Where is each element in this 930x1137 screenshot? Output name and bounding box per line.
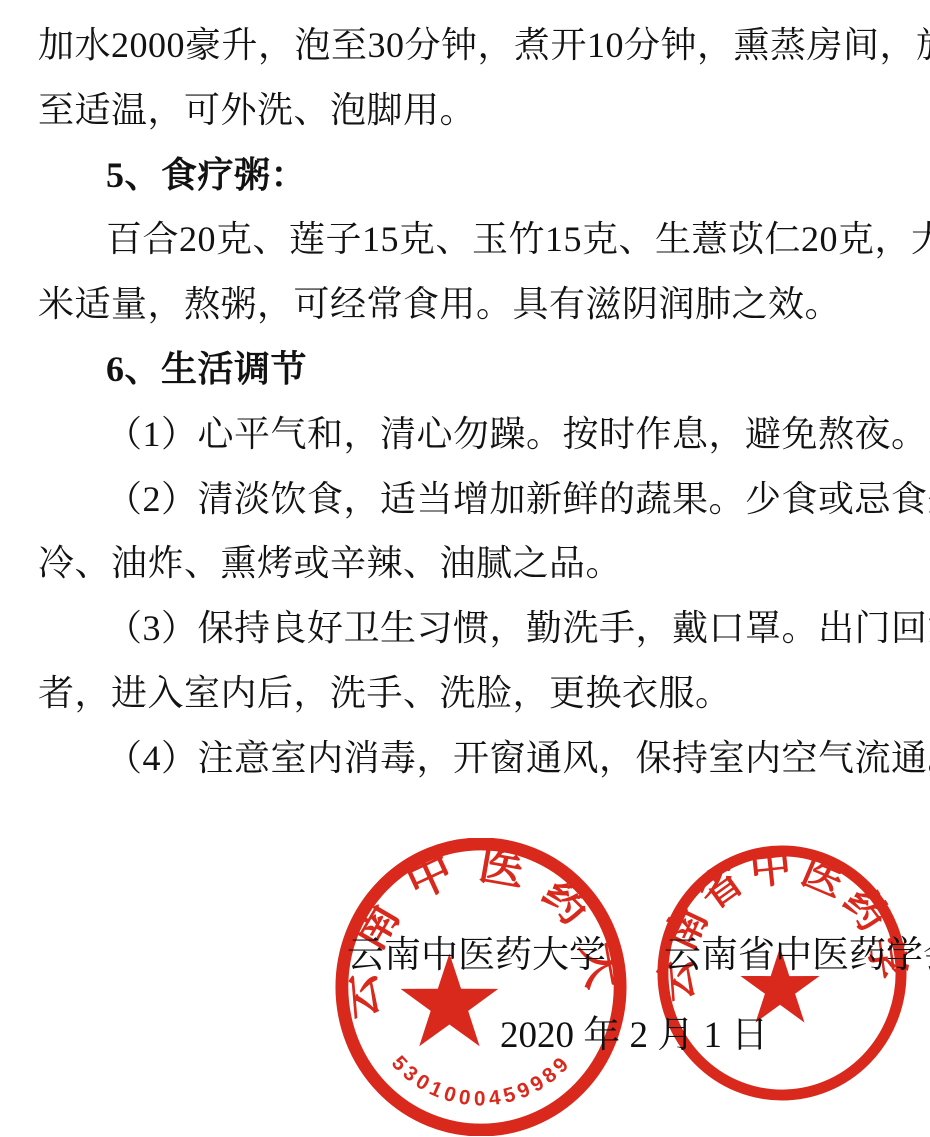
signature-org-university: 云南中医药大学 — [347, 935, 606, 976]
text-line: 者，进入室内后，洗手、洗脸，更换衣服。 — [38, 661, 913, 726]
stamp-university-seal: 云南中医药大学 5301000459989 — [333, 838, 629, 1136]
text-line: 加水2000豪升，泡至30分钟，煮开10分钟，熏蒸房间，放 — [38, 13, 913, 78]
signature-date: 2020 年 2 月 1 日 — [500, 1013, 768, 1059]
section-heading-5: 5、食疗粥： — [38, 143, 913, 208]
list-item-1: （1）心平气和，清心勿躁。按时作息，避免熬夜。 — [38, 402, 913, 467]
text-line: 至适温，可外洗、泡脚用。 — [38, 78, 913, 143]
signature-org-association: 云南省中医药学会 — [664, 935, 930, 976]
list-item-3: （3）保持良好卫生习惯，勤洗手，戴口罩。出门回家 — [38, 596, 913, 661]
text-line: 冷、油炸、熏烤或辛辣、油腻之品。 — [38, 531, 913, 596]
text-line: 米适量，熬粥，可经常食用。具有滋阴润肺之效。 — [38, 272, 913, 337]
document-body: 加水2000豪升，泡至30分钟，煮开10分钟，熏蒸房间，放 至适温，可外洗、泡脚… — [38, 13, 913, 791]
section-heading-6: 6、生活调节 — [38, 337, 913, 402]
signature-line: 云南中医药大学云南省中医药学会 — [347, 933, 930, 979]
text-line: 百合20克、莲子15克、玉竹15克、生薏苡仁20克，大 — [38, 207, 913, 272]
svg-text:5301000459989: 5301000459989 — [387, 1052, 573, 1111]
list-item-2: （2）清淡饮食，适当增加新鲜的蔬果。少食或忌食生 — [38, 467, 913, 532]
stamp-serial-number: 5301000459989 — [387, 1052, 573, 1111]
list-item-4: （4）注意室内消毒，开窗通风，保持室内空气流通。 — [38, 726, 913, 791]
